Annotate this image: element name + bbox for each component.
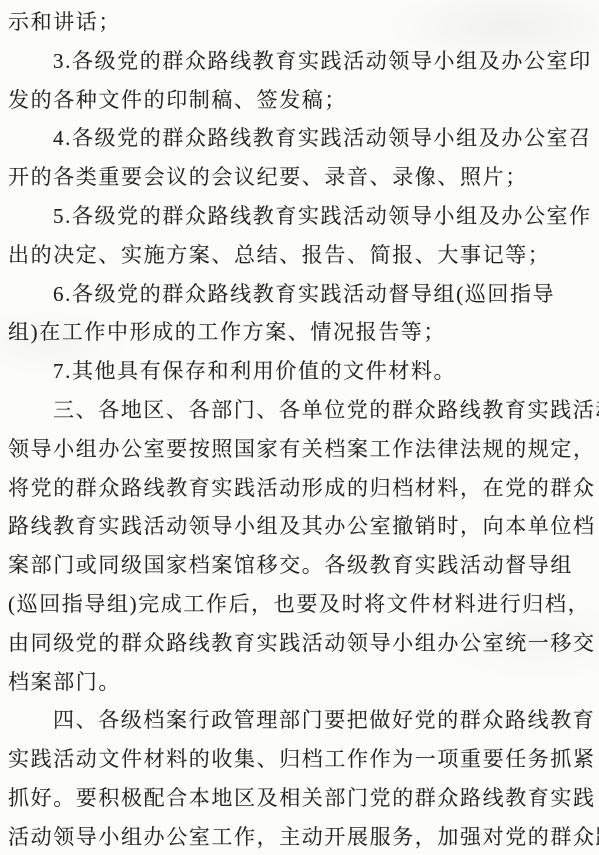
text-line: 案部门或同级国家档案馆移交。各级教育实践活动督导组 [8,546,591,585]
text-line: 5.各级党的群众路线教育实践活动领导小组及办公室作 [8,197,591,236]
text-line: 实践活动文件材料的收集、归档工作作为一项重要任务抓紧 [8,740,591,779]
text-line: 发的各种文件的印制稿、签发稿； [8,81,591,120]
text-line: 组)在工作中形成的工作方案、情况报告等； [8,313,591,352]
text-line: 档案部门。 [8,663,591,702]
text-line: 抓好。要积极配合本地区及相关部门党的群众路线教育实践 [8,779,591,818]
text-line: 3.各级党的群众路线教育实践活动领导小组及办公室印 [8,42,591,81]
document-page: 示和讲话； 3.各级党的群众路线教育实践活动领导小组及办公室印 发的各种文件的印… [0,0,599,855]
text-line: 由同级党的群众路线教育实践活动领导小组办公室统一移交 [8,624,591,663]
text-line: 6.各级党的群众路线教育实践活动督导组(巡回指导 [8,275,591,314]
text-line: 4.各级党的群众路线教育实践活动领导小组及办公室召 [8,119,591,158]
text-line: 示和讲话； [8,3,591,42]
text-line: 领导小组办公室要按照国家有关档案工作法律法规的规定， [8,430,591,469]
text-line: 开的各类重要会议的会议纪要、录音、录像、照片； [8,158,591,197]
text-line: (巡回指导组)完成工作后，也要及时将文件材料进行归档， [8,585,591,624]
document-text-block: 示和讲话； 3.各级党的群众路线教育实践活动领导小组及办公室印 发的各种文件的印… [8,3,591,855]
text-line: 活动领导小组办公室工作，主动开展服务，加强对党的群众路 [8,818,591,855]
text-line: 出的决定、实施方案、总结、报告、简报、大事记等； [8,236,591,275]
text-line: 四、各级档案行政管理部门要把做好党的群众路线教育 [8,701,591,740]
text-line: 三、各地区、各部门、各单位党的群众路线教育实践活动 [8,391,591,430]
text-line: 路线教育实践活动领导小组及其办公室撤销时，向本单位档 [8,507,591,546]
text-line: 将党的群众路线教育实践活动形成的归档材料，在党的群众 [8,469,591,508]
text-line: 7.其他具有保存和利用价值的文件材料。 [8,352,591,391]
